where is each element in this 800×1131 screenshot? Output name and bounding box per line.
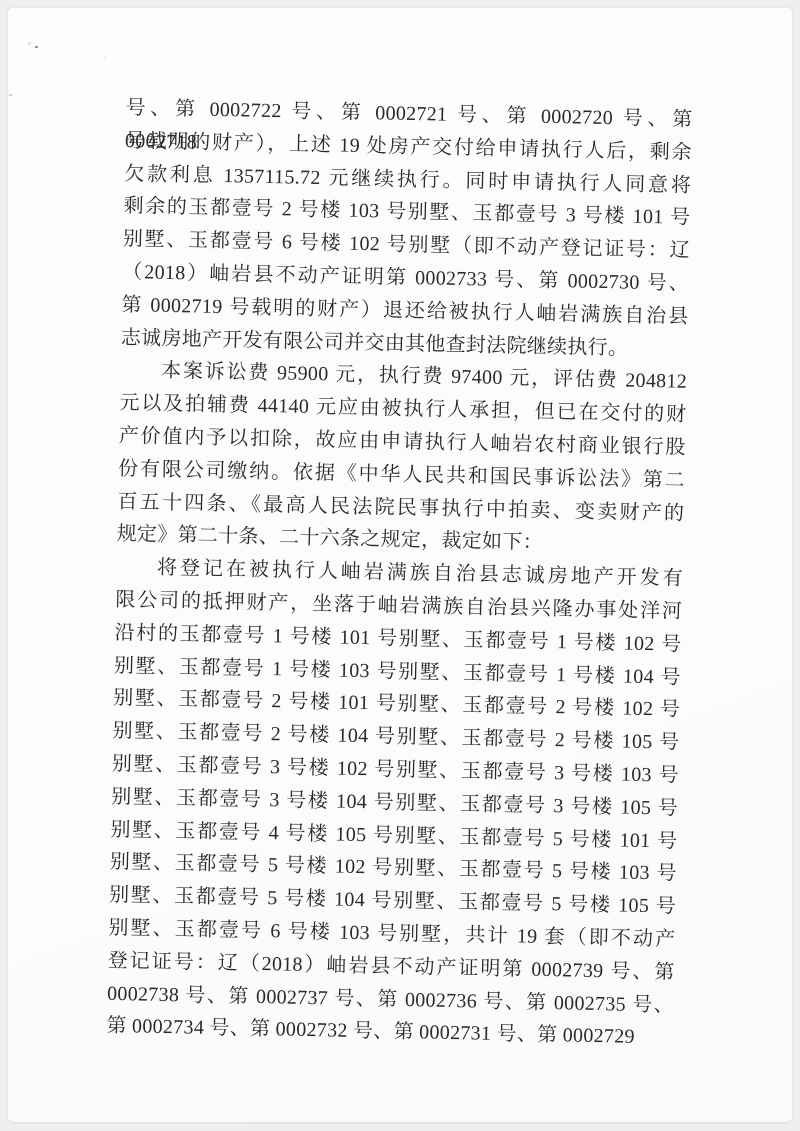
scan-speck <box>28 42 31 45</box>
scan-speck <box>35 46 38 48</box>
scan-background: 号、第 0002722 号、第 0002721 号、第 0002720 号、第 … <box>0 0 800 1131</box>
scan-speck <box>9 94 12 96</box>
document-text-block: 号、第 0002722 号、第 0002721 号、第 0002720 号、第 … <box>106 92 693 1055</box>
scan-speck <box>104 57 106 59</box>
document-page: 号、第 0002722 号、第 0002721 号、第 0002720 号、第 … <box>8 8 792 1122</box>
